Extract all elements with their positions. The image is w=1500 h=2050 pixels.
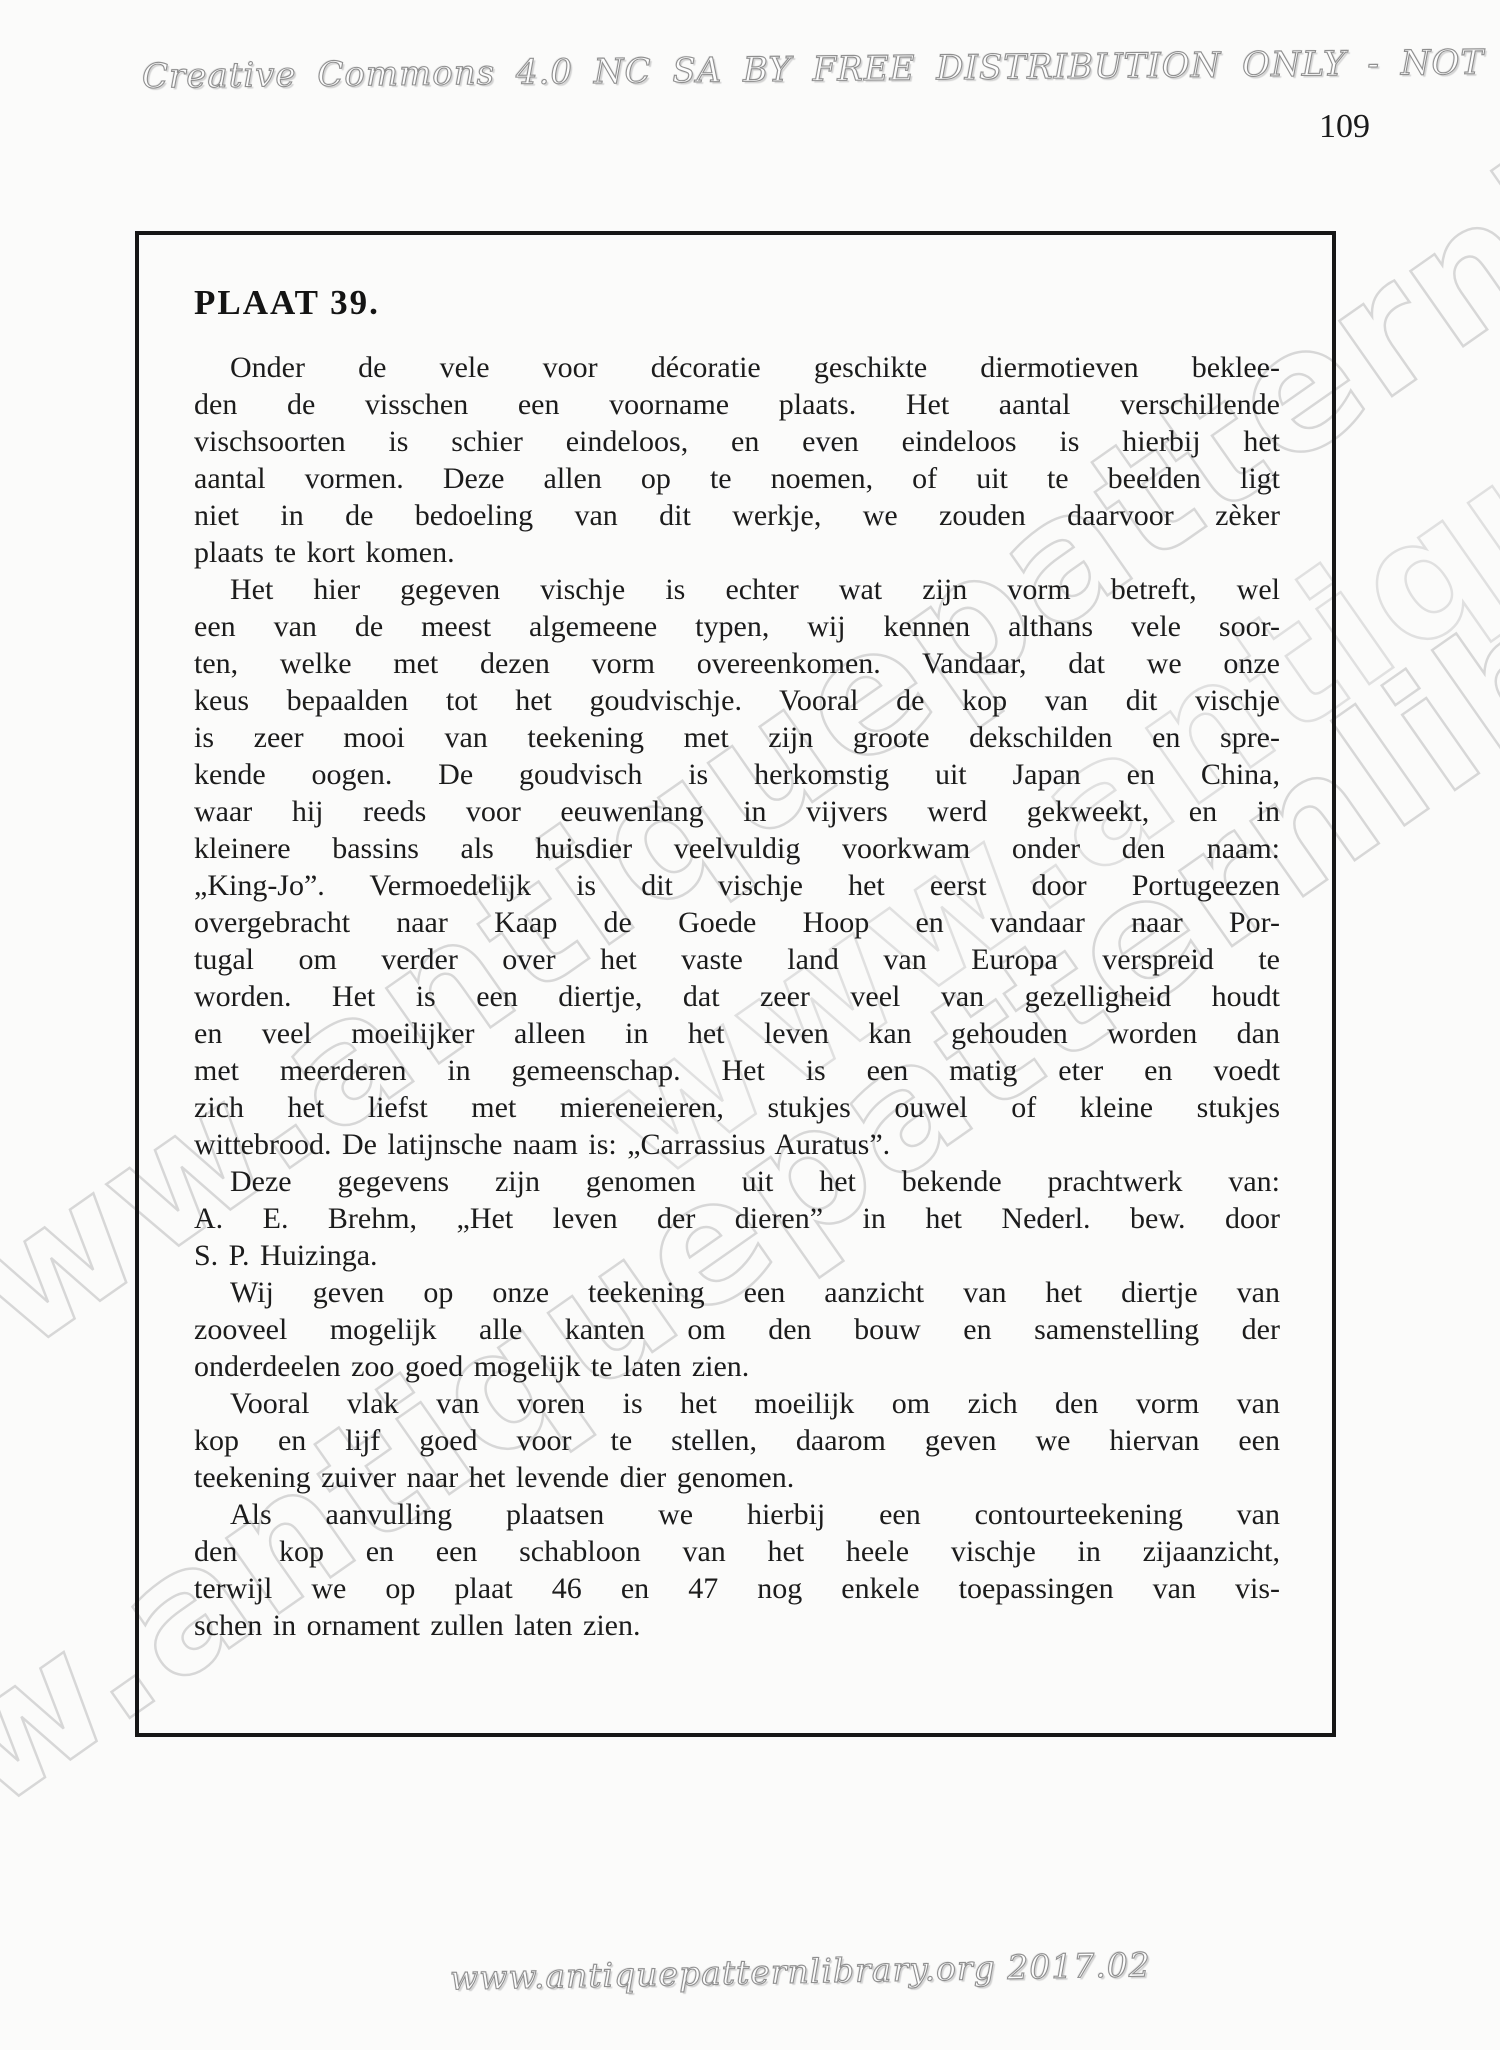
text-line: worden. Het is een diertje, dat zeer vee… [194, 978, 1280, 1015]
paragraph: Deze gegevens zijn genomen uit het beken… [194, 1163, 1280, 1274]
text-line: Het hier gegeven vischje is echter wat z… [194, 571, 1280, 608]
text-line: kende oogen. De goudvisch is herkomstig … [194, 756, 1280, 793]
scanned-page: www.antiquepatternlibrary.org www.antiqu… [0, 0, 1500, 2050]
page-number: 109 [1290, 108, 1370, 146]
text-line: aantal vormen. Deze allen op te noemen, … [194, 460, 1280, 497]
text-line: teekening zuiver naar het levende dier g… [194, 1459, 1280, 1496]
text-line: keus bepaalden tot het goudvischje. Voor… [194, 682, 1280, 719]
text-line: met meerderen in gemeenschap. Het is een… [194, 1052, 1280, 1089]
footer-watermark: www.antiquepatternlibrary.org 2017.02 [450, 1945, 1131, 1997]
text-line: wittebrood. De latijnsche naam is: „Carr… [194, 1126, 1280, 1163]
text-line: A. E. Brehm, „Het leven der dieren” in h… [194, 1200, 1280, 1237]
text-line: overgebracht naar Kaap de Goede Hoop en … [194, 904, 1280, 941]
text-line: plaats te kort komen. [194, 534, 1280, 571]
text-line: Vooral vlak van voren is het moeilijk om… [194, 1385, 1280, 1422]
paragraph: Als aanvulling plaatsen we hierbij een c… [194, 1496, 1280, 1644]
text-line: Onder de vele voor décoratie geschikte d… [194, 349, 1280, 386]
text-line: Als aanvulling plaatsen we hierbij een c… [194, 1496, 1280, 1533]
paragraph: Wij geven op onze teekening een aanzicht… [194, 1274, 1280, 1385]
text-line: waar hij reeds voor eeuwenlang in vijver… [194, 793, 1280, 830]
text-line: niet in de bedoeling van dit werkje, we … [194, 497, 1280, 534]
body-text: Onder de vele voor décoratie geschikte d… [194, 349, 1280, 1644]
text-line: en veel moeilijker alleen in het leven k… [194, 1015, 1280, 1052]
text-line: den kop en een schabloon van het heele v… [194, 1533, 1280, 1570]
text-line: ten, welke met dezen vorm overeenkomen. … [194, 645, 1280, 682]
text-line: den de visschen een voorname plaats. Het… [194, 386, 1280, 423]
text-line: tugal om verder over het vaste land van … [194, 941, 1280, 978]
text-line: een van de meest algemeene typen, wij ke… [194, 608, 1280, 645]
license-header: Creative Commons 4.0 NC SA BY FREE DISTR… [142, 43, 1422, 96]
text-line: is zeer mooi van teekening met zijn groo… [194, 719, 1280, 756]
paragraph: Onder de vele voor décoratie geschikte d… [194, 349, 1280, 571]
text-line: vischsoorten is schier eindeloos, en eve… [194, 423, 1280, 460]
paragraph: Het hier gegeven vischje is echter wat z… [194, 571, 1280, 1163]
text-line: Deze gegevens zijn genomen uit het beken… [194, 1163, 1280, 1200]
text-line: zooveel mogelijk alle kanten om den bouw… [194, 1311, 1280, 1348]
text-line: S. P. Huizinga. [194, 1237, 1280, 1274]
text-line: zich het liefst met miereneieren, stukje… [194, 1089, 1280, 1126]
text-line: „King-Jo”. Vermoedelijk is dit vischje h… [194, 867, 1280, 904]
text-line: kop en lijf goed voor te stellen, daarom… [194, 1422, 1280, 1459]
text-line: Wij geven op onze teekening een aanzicht… [194, 1274, 1280, 1311]
paragraph: Vooral vlak van voren is het moeilijk om… [194, 1385, 1280, 1496]
content-border-box: PLAAT 39. Onder de vele voor décoratie g… [135, 231, 1336, 1737]
plate-title: PLAAT 39. [194, 283, 1332, 323]
text-line: schen in ornament zullen laten zien. [194, 1607, 1280, 1644]
text-line: terwijl we op plaat 46 en 47 nog enkele … [194, 1570, 1280, 1607]
text-line: onderdeelen zoo goed mogelijk te laten z… [194, 1348, 1280, 1385]
text-line: kleinere bassins als huisdier veelvuldig… [194, 830, 1280, 867]
